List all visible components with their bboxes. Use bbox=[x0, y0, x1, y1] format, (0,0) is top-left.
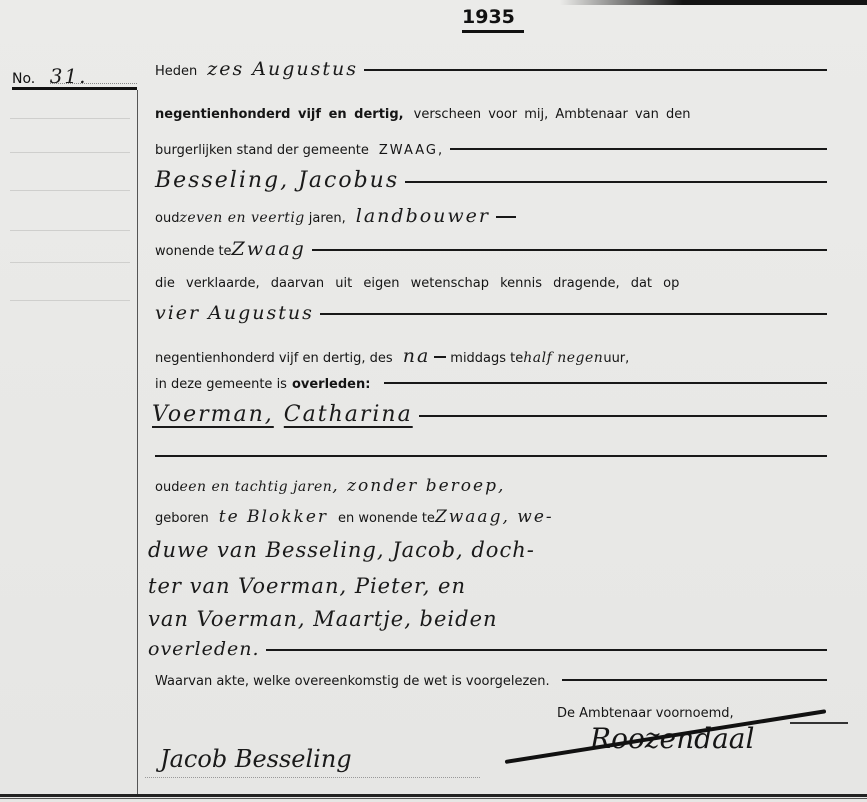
line-death-date: vier Augustus bbox=[155, 302, 827, 324]
faint-margin-rule bbox=[10, 230, 130, 231]
line-mother: van Voerman, Maartje, beiden bbox=[148, 607, 827, 631]
faint-margin-rule bbox=[10, 262, 130, 263]
fill-rule bbox=[419, 415, 827, 417]
printed-oud: oud bbox=[155, 480, 179, 495]
printed-middags-te: middags te bbox=[450, 351, 523, 366]
handwritten-date: zes Augustus bbox=[207, 58, 358, 80]
printed-verscheen: verscheen voor mij, Ambtenaar van den bbox=[414, 107, 691, 122]
handwritten-deceased-surname: Voerman, bbox=[152, 402, 274, 427]
year-underline bbox=[462, 30, 524, 33]
printed-in-deze-gemeente: in deze gemeente is bbox=[155, 377, 287, 392]
line-year-text: negentienhonderd vijf en dertig, versche… bbox=[155, 107, 827, 122]
printed-overleden: overleden: bbox=[292, 377, 370, 392]
printed-oud: oud bbox=[155, 211, 179, 226]
handwritten-deceased-residence: Zwaag, we- bbox=[435, 507, 554, 527]
handwritten-residence: Zwaag bbox=[232, 238, 306, 260]
fill-rule bbox=[450, 148, 827, 150]
record-number-dotted-line bbox=[50, 83, 137, 84]
printed-waarvan-akte: Waarvan akte, welke overeenkomstig de we… bbox=[155, 674, 550, 689]
fill-rule bbox=[320, 313, 827, 315]
blank-rule bbox=[155, 455, 827, 457]
line-deceased-intro: in deze gemeente is overleden: bbox=[155, 377, 827, 392]
record-number-label: No. bbox=[12, 71, 35, 87]
handwritten-occupation: landbouwer bbox=[356, 205, 490, 227]
printed-heden: Heden bbox=[155, 64, 197, 79]
declarant-signature: Jacob Besseling bbox=[160, 745, 352, 773]
line-date: Heden zes Augustus bbox=[155, 58, 827, 80]
line-parents-deceased: overleden. bbox=[148, 638, 827, 660]
faint-margin-rule bbox=[10, 300, 130, 301]
line-municipality: burgerlijken stand der gemeente ZWAAG, bbox=[155, 143, 827, 158]
line-declarant-name: Besseling, Jacobus bbox=[155, 168, 827, 193]
printed-en-wonende-te: en wonende te bbox=[338, 511, 435, 526]
page-edge-shadow bbox=[560, 0, 867, 5]
handwritten-father: ter van Voerman, Pieter, en bbox=[148, 574, 466, 598]
line-widow-of: duwe van Besseling, Jacob, doch- bbox=[148, 538, 827, 562]
faint-margin-rule bbox=[10, 152, 130, 153]
fill-rule bbox=[405, 181, 827, 183]
handwritten-widow-of: duwe van Besseling, Jacob, doch- bbox=[148, 538, 535, 562]
printed-jaren: jaren, bbox=[309, 211, 346, 226]
printed-year-des: negentienhonderd vijf en dertig, des bbox=[155, 351, 393, 366]
official-label: De Ambtenaar voornoemd, bbox=[557, 706, 734, 721]
line-declarant-age: oud zeven en veertig jaren, landbouwer bbox=[155, 205, 827, 227]
handwritten-na: na bbox=[403, 345, 431, 367]
line-deceased-name: Voerman, Catharina bbox=[152, 402, 827, 427]
fill-rule bbox=[384, 382, 827, 384]
handwritten-hour: half negen bbox=[523, 350, 603, 366]
printed-declaration: die verklaarde, daarvan uit eigen wetens… bbox=[155, 276, 679, 291]
handwritten-mother: van Voerman, Maartje, beiden bbox=[148, 607, 498, 631]
line-deceased-birthplace: geboren te Blokker en wonende te Zwaag, … bbox=[155, 507, 827, 527]
record-number-value: 31. bbox=[50, 64, 88, 88]
printed-uur: uur, bbox=[603, 351, 629, 366]
faint-margin-rule bbox=[10, 190, 130, 191]
line-father: ter van Voerman, Pieter, en bbox=[148, 574, 827, 598]
printed-burgerlijke-stand: burgerlijken stand der gemeente bbox=[155, 143, 369, 158]
handwritten-declarant-age: zeven en veertig bbox=[179, 210, 304, 226]
line-read-aloud: Waarvan akte, welke overeenkomstig de we… bbox=[155, 674, 827, 689]
official-label-rule bbox=[790, 722, 848, 724]
record-number-rule bbox=[12, 87, 137, 90]
record-number: No. 31. bbox=[12, 64, 88, 88]
line-death-time: negentienhonderd vijf en dertig, des na … bbox=[155, 345, 827, 367]
printed-wonende-te: wonende te bbox=[155, 244, 232, 259]
register-year: 1935 bbox=[462, 6, 515, 28]
faint-margin-rule bbox=[10, 118, 130, 119]
handwritten-deceased-given-name: Catharina bbox=[284, 402, 413, 427]
fill-rule bbox=[364, 69, 827, 71]
bottom-border-thin bbox=[0, 798, 867, 799]
fill-rule bbox=[266, 649, 827, 651]
margin-divider bbox=[137, 90, 138, 795]
handwritten-death-date: vier Augustus bbox=[155, 302, 314, 324]
printed-geboren: geboren bbox=[155, 511, 209, 526]
handwritten-birthplace: te Blokker bbox=[219, 507, 328, 527]
fill-rule bbox=[434, 356, 446, 358]
bottom-border bbox=[0, 794, 867, 797]
fill-rule bbox=[312, 249, 827, 251]
printed-year-words: negentienhonderd vijf en dertig, bbox=[155, 107, 404, 122]
line-deceased-age: oud een en tachtig jaren , zonder beroep… bbox=[155, 476, 827, 496]
line-declarant-residence: wonende te Zwaag bbox=[155, 238, 827, 260]
handwritten-deceased-age: een en tachtig jaren bbox=[179, 479, 332, 495]
fill-rule bbox=[562, 679, 827, 681]
civil-death-record-page: 1935 No. 31. Heden zes Augustus negentie… bbox=[0, 0, 867, 802]
municipality-name: ZWAAG, bbox=[379, 143, 444, 158]
handwritten-declarant-name: Besseling, Jacobus bbox=[155, 168, 399, 193]
line-declaration: die verklaarde, daarvan uit eigen wetens… bbox=[155, 276, 827, 291]
handwritten-occupation-none: , zonder beroep, bbox=[332, 476, 505, 496]
handwritten-parents-deceased: overleden. bbox=[148, 638, 260, 660]
declarant-signature-line bbox=[145, 777, 480, 778]
fill-rule bbox=[496, 216, 516, 218]
